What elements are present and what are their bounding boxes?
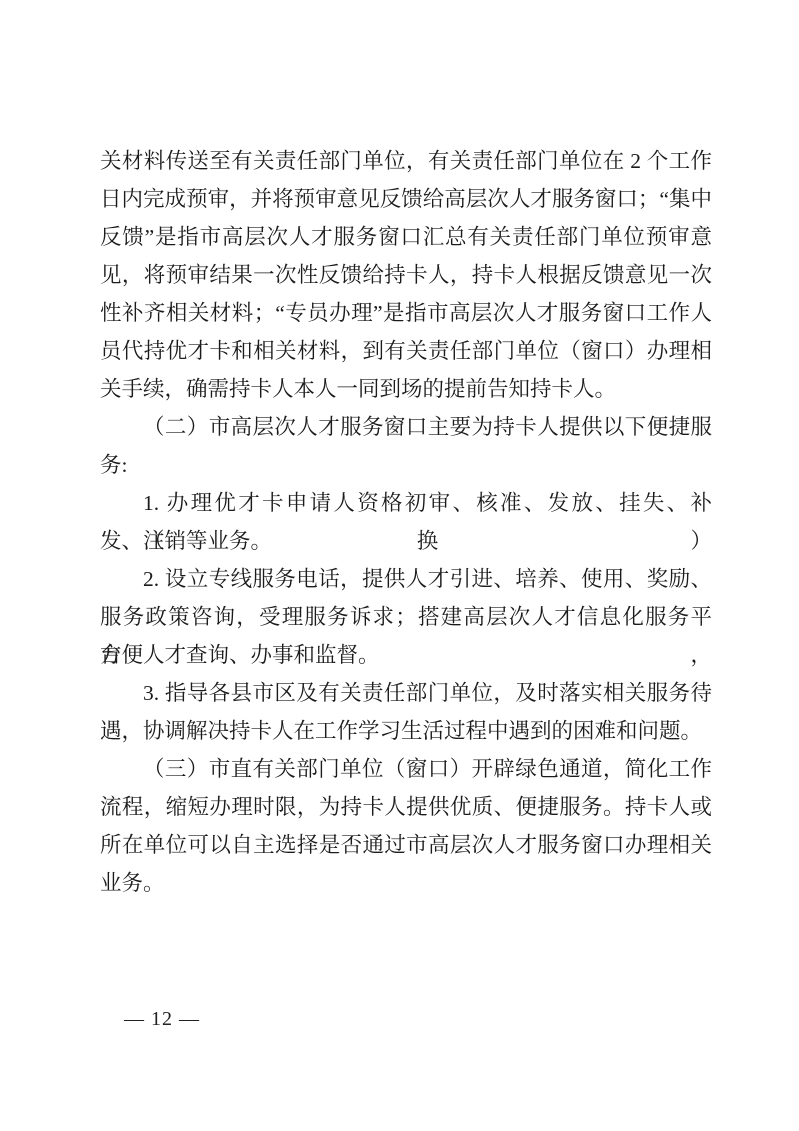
document-line: 务: (100, 446, 712, 484)
document-line: 见，将预审结果一次性反馈给持卡人，持卡人根据反馈意见一次 (100, 256, 712, 294)
page-footer: — 12 — (124, 1006, 200, 1032)
document-line: 日内完成预审，并将预审意见反馈给高层次人才服务窗口；“集中 (100, 180, 712, 218)
document-line: 业务。 (100, 864, 712, 902)
document-line: 关材料传送至有关责任部门单位，有关责任部门单位在 2 个工作 (100, 142, 712, 180)
document-page: 关材料传送至有关责任部门单位，有关责任部门单位在 2 个工作日内完成预审，并将预… (0, 0, 799, 1131)
page-number: — 12 — (124, 1008, 200, 1030)
document-line: 性补齐相关材料；“专员办理”是指市高层次人才服务窗口工作人 (100, 294, 712, 332)
document-line: 反馈”是指市高层次人才服务窗口汇总有关责任部门单位预审意 (100, 218, 712, 256)
document-line: 2. 设立专线服务电话，提供人才引进、培养、使用、奖励、 (100, 560, 712, 598)
document-line: 3. 指导各县市区及有关责任部门单位，及时落实相关服务待 (100, 674, 712, 712)
document-line: 流程，缩短办理时限，为持卡人提供优质、便捷服务。持卡人或 (100, 788, 712, 826)
document-line: 所在单位可以自主选择是否通过市高层次人才服务窗口办理相关 (100, 826, 712, 864)
document-line: （二）市高层次人才服务窗口主要为持卡人提供以下便捷服 (100, 408, 712, 446)
document-line: 1. 办理优才卡申请人资格初审、核准、发放、挂失、补（换） (100, 484, 712, 522)
document-line: 关手续，确需持卡人本人一同到场的提前告知持卡人。 (100, 370, 712, 408)
document-body: 关材料传送至有关责任部门单位，有关责任部门单位在 2 个工作日内完成预审，并将预… (100, 142, 712, 902)
document-line: （三）市直有关部门单位（窗口）开辟绿色通道，简化工作 (100, 750, 712, 788)
document-line: 员代持优才卡和相关材料，到有关责任部门单位（窗口）办理相 (100, 332, 712, 370)
document-line: 遇，协调解决持卡人在工作学习生活过程中遇到的困难和问题。 (100, 712, 712, 750)
document-line: 服务政策咨询，受理服务诉求；搭建高层次人才信息化服务平台， (100, 598, 712, 636)
